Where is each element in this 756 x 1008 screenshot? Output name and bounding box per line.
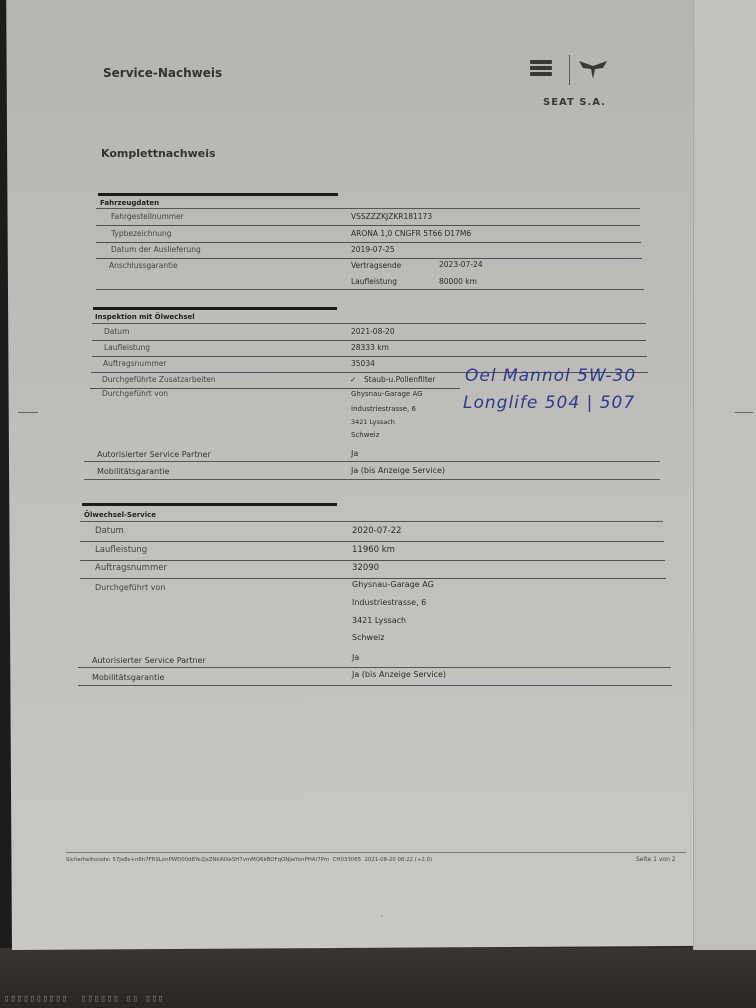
divider <box>84 479 660 480</box>
row-value: 32090 <box>352 563 379 573</box>
row-value: 2021-08-20 <box>351 327 395 336</box>
section-bar <box>93 307 337 310</box>
row-label: Fahrgestellnummer <box>111 212 184 221</box>
seat-logo-icon <box>530 60 552 80</box>
row-value: Staub-u.Pollenfilter <box>364 375 435 384</box>
document-title: Service-Nachweis <box>103 66 222 80</box>
warranty-label: Anschlussgarantie <box>109 261 178 270</box>
brand-name: SEAT S.A. <box>543 97 606 108</box>
mobility-value: Ja (bis Anzeige Service) <box>352 670 446 679</box>
performed-by-line: 3421 Lyssach <box>352 616 406 625</box>
divider <box>84 461 660 462</box>
print-timestamp: 2021-08-20 08:22 (+2.0) <box>365 857 433 863</box>
fold-mark <box>18 412 38 413</box>
performed-by-line: Ghysnau-Garage AG <box>351 390 423 398</box>
security-code-line: Sicherheitscode: 57Ja8s+n6h7FRSLonPWD00d… <box>66 857 432 863</box>
authorized-partner-value: Ja <box>352 653 359 662</box>
warranty-end-label: Vertragsende <box>351 261 401 270</box>
ink-smudge: · <box>380 910 384 923</box>
handwritten-spec-note: Longlife 504 | 507 <box>463 393 635 413</box>
divider <box>80 521 663 522</box>
row-value: 35034 <box>351 359 375 368</box>
table-row: Laufleistung 28333 km <box>92 340 647 357</box>
row-label: Datum <box>104 327 129 336</box>
footer-divider <box>66 852 686 853</box>
row-value: VSSZZZKJZKR181173 <box>351 212 432 221</box>
table-row: Datum 2021-08-20 <box>92 324 646 341</box>
warranty-mileage-label: Laufleistung <box>351 277 397 286</box>
performed-by-line: Schweiz <box>351 431 379 439</box>
table-row: Datum der Auslieferung 2019-07-25 <box>96 242 642 259</box>
authorized-partner-label: Autorisierter Service Partner <box>97 450 211 459</box>
page-indicator: Seite 1 von 2 <box>636 856 676 863</box>
section-heading-inspection: Inspektion mit Ölwechsel <box>95 313 195 321</box>
row-label: Datum der Auslieferung <box>111 245 201 254</box>
table-row: Typbezeichnung ARONA 1,0 CNGFR 5T66 D17M… <box>96 226 641 243</box>
row-label: Auftragsnummer <box>103 359 167 368</box>
security-code: 57Ja8s+n6h7FRSLonPWD00d8Ye2JsZNkiNXeSH7v… <box>112 857 329 863</box>
performed-by-line: Industriestrasse, 6 <box>352 598 426 607</box>
document-id: CH033065 <box>333 857 361 863</box>
table-row: Auftragsnummer 32090 <box>80 560 666 579</box>
row-value: 28333 km <box>351 343 389 352</box>
performed-by-label: Durchgeführt von <box>95 583 165 592</box>
row-value: 11960 km <box>352 545 395 555</box>
row-label: Laufleistung <box>95 545 147 555</box>
mobility-label: Mobilitätsgarantie <box>97 467 169 476</box>
divider <box>78 667 671 668</box>
mobility-label: Mobilitätsgarantie <box>92 673 164 682</box>
table-row: Laufleistung 11960 km <box>80 542 665 561</box>
authorized-partner-value: Ja <box>351 449 358 458</box>
row-label: Durchgeführte Zusatzarbeiten <box>102 375 216 384</box>
checkmark-icon: ✓ <box>350 375 356 384</box>
section-heading-vehicle: Fahrzeugdaten <box>100 199 159 207</box>
row-label: Auftragsnummer <box>95 563 167 573</box>
row-label: Laufleistung <box>104 343 150 352</box>
performed-by-line: 3421 Lyssach <box>351 418 395 426</box>
row-value: 2020-07-22 <box>352 526 401 536</box>
fold-mark <box>735 412 753 413</box>
document-subtitle: Komplettnachweis <box>101 147 216 160</box>
mobility-value: Ja (bis Anzeige Service) <box>351 466 445 475</box>
warranty-mileage-value: 80000 km <box>439 277 477 286</box>
authorized-partner-label: Autorisierter Service Partner <box>92 656 206 665</box>
row-value: 2019-07-25 <box>351 245 395 254</box>
handwritten-oil-note: Oel Mannol 5W-30 <box>465 366 636 386</box>
keyboard-edge: ▯▯▯▯▯▯▯▯▯▯ ▯▯▯▯▯▯ ▯▯ ▯▯▯ <box>4 994 164 1004</box>
divider <box>78 685 672 686</box>
adjacent-page-edge <box>693 0 756 950</box>
brand-logos <box>528 57 610 83</box>
row-label: Datum <box>95 526 124 536</box>
logo-separator <box>569 55 570 85</box>
divider <box>96 289 644 290</box>
table-row: Durchgeführte Zusatzarbeiten ✓ Staub-u.P… <box>90 372 460 389</box>
cupra-logo-icon <box>578 59 608 81</box>
section-heading-oil-service: Ölwechsel-Service <box>84 511 156 519</box>
performed-by-line: Industriestrasse, 6 <box>351 405 416 413</box>
performed-by-label: Durchgeführt von <box>102 389 168 398</box>
warranty-end-value: 2023-07-24 <box>439 260 483 269</box>
section-bar <box>98 193 338 196</box>
row-label: Typbezeichnung <box>111 229 172 238</box>
performed-by-line: Schweiz <box>352 633 384 642</box>
table-row: Datum 2020-07-22 <box>80 523 664 542</box>
security-code-label: Sicherheitscode: <box>66 857 111 863</box>
section-bar <box>82 503 337 506</box>
table-row: Fahrgestellnummer VSSZZZKJZKR181173 <box>96 209 640 226</box>
performed-by-line: Ghysnau-Garage AG <box>352 580 434 589</box>
row-value: ARONA 1,0 CNGFR 5T66 D17M6 <box>351 229 471 238</box>
